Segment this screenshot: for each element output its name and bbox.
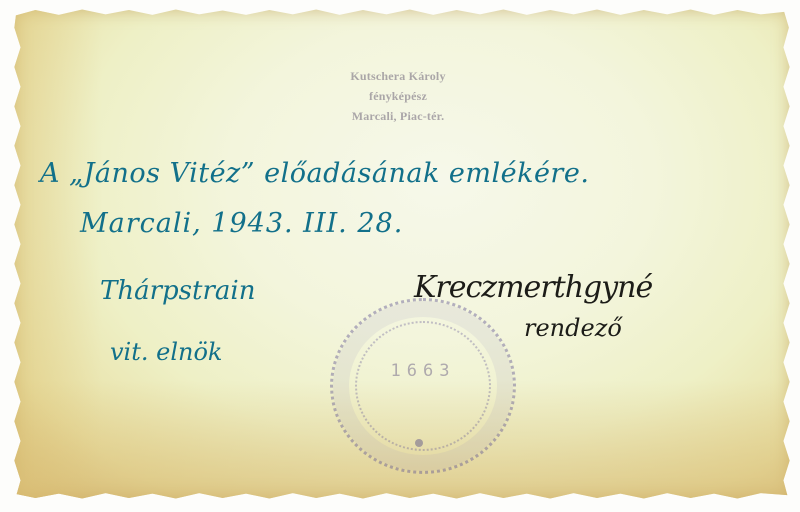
photographer-address: Marcali, Piac-tér.: [328, 106, 468, 126]
stamp-inner-ring: [355, 321, 491, 451]
photographer-name: Kutscherа Károly: [328, 66, 468, 86]
stamp-number: 1663: [333, 361, 513, 381]
inscription-place-date: Marcali, 1943. III. 28.: [80, 208, 403, 239]
photographer-profession: fényképész: [328, 86, 468, 106]
scan-background: Kutscherа Károly fényképész Marcali, Pia…: [0, 0, 800, 512]
photo-card-back: Kutscherа Károly fényképész Marcali, Pia…: [12, 8, 792, 500]
photographer-stamp: Kutscherа Károly fényképész Marcali, Pia…: [328, 66, 468, 126]
round-official-stamp: 1663: [330, 298, 516, 474]
inscription-dedication: A „János Vitéz” előadásának emlékére.: [40, 158, 589, 189]
inscription-signer-name: Thárpstrain: [100, 276, 255, 306]
age-stain-left: [12, 8, 102, 500]
inscription-signer-role: vit. elnök: [110, 338, 222, 366]
stamp-dot: [415, 439, 423, 447]
signature-title: rendező: [524, 314, 622, 342]
signature-name: Kreczmerthgyné: [414, 270, 652, 305]
